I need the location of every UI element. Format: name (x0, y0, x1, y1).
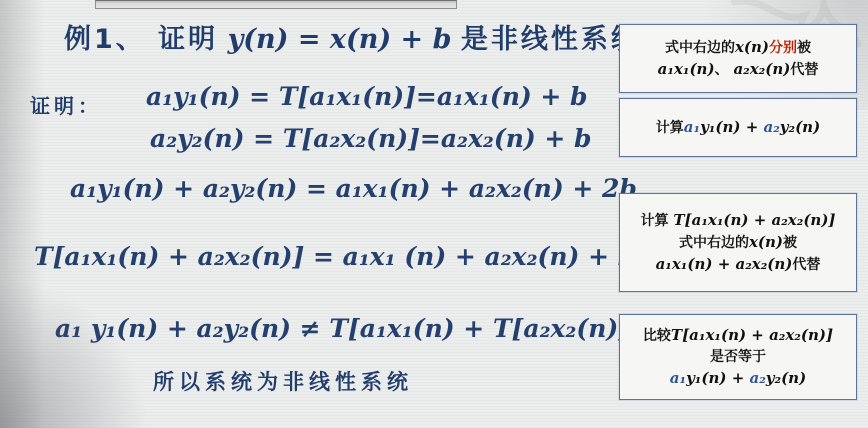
note-box-substitute-separately: 式中右边的x(n)分别被 a₁x₁(n)、 a₂x₂(n)代替 (619, 24, 857, 93)
note-line: 计算 T[a₁x₁(n) + a₂x₂(n)] (640, 210, 835, 232)
note-line: 计算a₁y₁(n) + a₂y₂(n) (656, 117, 820, 139)
slide: { "slide": { "title_segments": [ { "t": … (0, 0, 868, 428)
conclusion-text: 所以系统为非线性系统 (153, 366, 413, 396)
note-line: a₁x₁(n)、 a₂x₂(n)代替 (658, 59, 819, 81)
proof-label: 证明： (30, 90, 102, 119)
formula-line-3: a₁y₁(n) + a₂y₂(n) = a₁x₁(n) + a₂x₂(n) + … (70, 174, 637, 203)
formula-line-4: T[a₁x₁(n) + a₂x₂(n)] = a₁x₁ (n) + a₂x₂(n… (34, 242, 635, 271)
formula-line-2: a₂y₂(n) = T[a₂x₂(n)]=a₂x₂(n) + b (150, 124, 592, 153)
note-line: a₁x₁(n) + a₂x₂(n)代替 (656, 254, 821, 276)
note-line: 是否等于 (710, 347, 766, 368)
slide-title: 例1、 证明 y(n) = x(n) + b 是非线性系统 (64, 17, 641, 56)
note-box-compare: 比较T[a₁x₁(n) + a₂x₂(n)] 是否等于 a₁y₁(n) + a₂… (619, 314, 857, 400)
note-line: a₁y₁(n) + a₂y₂(n) (670, 368, 806, 390)
slide-content: 例1、 证明 y(n) = x(n) + b 是非线性系统 证明： a₁y₁(n… (0, 0, 868, 428)
note-box-compute-sum: 计算a₁y₁(n) + a₂y₂(n) (619, 98, 857, 157)
formula-line-5: a₁ y₁(n) + a₂y₂(n) ≠ T[a₁x₁(n) + T[a₂x₂(… (55, 314, 630, 343)
note-box-compute-T: 计算 T[a₁x₁(n) + a₂x₂(n)] 式中右边的x(n)被 a₁x₁(… (619, 193, 857, 292)
formula-line-1: a₁y₁(n) = T[a₁x₁(n)]=a₁x₁(n) + b (146, 82, 588, 111)
note-line: 式中右边的x(n)分别被 (665, 37, 811, 59)
note-line: 比较T[a₁x₁(n) + a₂x₂(n)] (643, 325, 833, 347)
note-line: 式中右边的x(n)被 (679, 232, 797, 254)
